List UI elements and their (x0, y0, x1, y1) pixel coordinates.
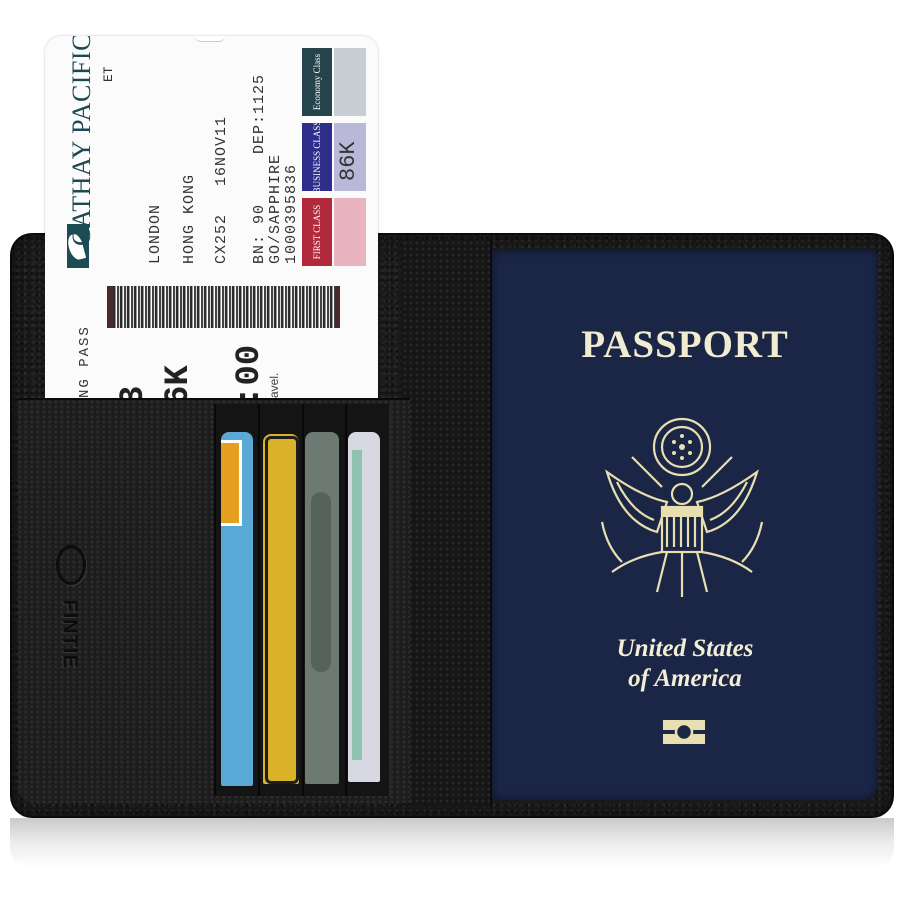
brand-logo-icon (56, 545, 86, 585)
country-line-1: United States (492, 634, 878, 664)
brand-logo: FINTIE (52, 545, 84, 685)
origin: LONDON (147, 204, 164, 264)
id-card-accent (352, 450, 362, 760)
wallet-reflection (10, 818, 894, 868)
business-class-swatch: 86K (334, 123, 366, 191)
boarding-number: BN: 90 (251, 204, 268, 264)
ticket-type: ET (101, 66, 116, 82)
gray-card (305, 432, 339, 784)
destination: HONG KONG (181, 174, 198, 264)
biometric-chip-icon (663, 720, 705, 744)
pass-title: NG PASS (77, 325, 93, 398)
seat-number: 86K (336, 141, 361, 181)
class-economy: Economy Class (302, 48, 366, 116)
passport-title: PASSPORT (492, 322, 878, 367)
economy-class-tag: Economy Class (302, 48, 332, 116)
blue-card (221, 432, 253, 786)
pass-note: avel. (267, 373, 281, 398)
class-first: FIRST CLASS (302, 198, 366, 266)
boarding-pass: CATHAY PACIFIC ET LONDON HONG KONG CX252… (45, 36, 378, 402)
barcode (107, 286, 340, 328)
first-class-swatch (334, 198, 366, 266)
class-business: BUSINESS CLASS 86K (302, 123, 366, 191)
pass-big-text-3: :00 (231, 345, 269, 402)
passport-country: United States of America (492, 634, 878, 694)
first-class-tag: FIRST CLASS (302, 198, 332, 266)
blue-card-accent (221, 440, 242, 526)
brand-name: FINTIE (58, 600, 81, 690)
gray-card-accent (311, 492, 331, 672)
departure-time: DEP:1125 (251, 74, 268, 154)
product-photo: CATHAY PACIFIC ET LONDON HONG KONG CX252… (0, 0, 897, 897)
passport: PASSPORT United States (492, 250, 878, 800)
pass-big-text-2: 6K (160, 365, 198, 402)
member-number: 1000395836 (283, 164, 300, 264)
id-card (348, 432, 380, 782)
wallet-spine (402, 240, 492, 806)
business-class-tag: BUSINESS CLASS (302, 123, 332, 191)
airline-name: CATHAY PACIFIC (67, 36, 97, 246)
country-line-2: of America (492, 664, 878, 694)
flight-number: CX252 (213, 214, 230, 264)
great-seal-icon (592, 412, 772, 602)
flight-date: 16NOV11 (213, 116, 230, 186)
economy-class-swatch (334, 48, 366, 116)
gold-card-accent (265, 436, 299, 784)
member-tier: GO/SAPPHIRE (267, 154, 284, 264)
gold-card (263, 434, 299, 784)
pass-notch (195, 36, 225, 42)
